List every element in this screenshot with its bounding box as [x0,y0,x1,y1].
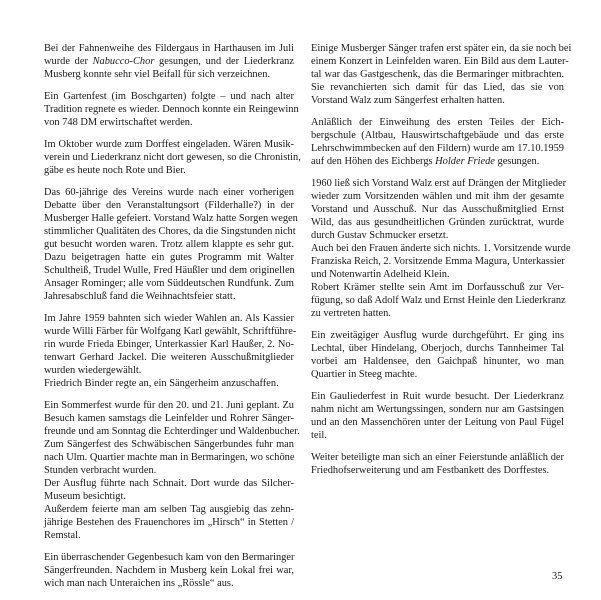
text-line: Lechtal, über Hindelang, Oberjoch, durch… [311,342,564,355]
paragraph-gap [44,81,294,90]
text-line: Tradition regnete es wieder. Dennoch kon… [44,103,294,116]
text-line: gut besucht worden waren. Trotz allem kl… [44,238,294,251]
text-line: Ein Gartenfest (im Boschgarten) folgte –… [44,90,294,103]
paragraph-gap [311,168,564,177]
text-line: zu vertreten hatten. [311,307,564,320]
text-line: durch Gustav Schmucker ersetzt. [311,229,564,242]
text-line: Auch bei den Frauen änderte sich nichts.… [311,242,564,255]
text-line: nahm nicht am Wertungssingen, sondern nu… [311,403,564,416]
text-line: von 748 DM erwirtschaftet werden. [44,116,294,129]
text-line: gäbe es heute noch Rote und Bier. [44,164,294,177]
text-line: Franziska Reich, 2. Vorsitzende Emma Mag… [311,255,564,268]
text-line: und an den Massenchören unter der Leitun… [311,416,564,429]
document-page: Bei der Fahnenweihe des Fildergaus in Ha… [0,0,601,600]
text-line: Friedhofserweiterung und am Festbankett … [311,464,564,477]
text-line: rin wurde Frieda Ebinger, Unterkassier K… [44,338,294,351]
paragraph: Ein Sommerfest wurde für den 20. und 21.… [44,399,294,477]
text-line: Musberger Halle gefeiert. Vorstand Walz … [44,212,294,225]
text-line: jährige Bestehen des Frauenchores im „Hi… [44,516,294,529]
text-line: und Notenwartin Adelheid Klein. [311,268,564,281]
text-line: Jahresabschluß fand die Weihnachtsfeier … [44,290,294,303]
paragraph: Außerdem feierte man am selben Tag ausgi… [44,503,294,542]
text-line: Dazu beigetragen hatte ein gutes Program… [44,251,294,264]
text-line: Weiter beteiligte man sich an einer Feie… [311,451,564,464]
text-line: Schultheiß, Trudel Wulle, Fred Häußler u… [44,264,294,277]
text-line: Wild, das aus gesundheitlichen Gründen z… [311,216,564,229]
text-line: wich man nach Unteraichen ins „Rössle“ a… [44,577,294,590]
right-column: Einige Musberger Sänger trafen erst spät… [311,42,564,477]
paragraph-gap [311,442,564,451]
text-line: Im Oktober wurde zum Dorffest eingeladen… [44,138,294,151]
left-column: Bei der Fahnenweihe des Fildergaus in Ha… [44,42,294,590]
text-line: Lehrschwimmbecken auf den Fildern) wurde… [311,142,564,155]
text-line: Zum Sängerfest des Schwäbischen Sängerbu… [44,438,294,451]
paragraph: Weiter beteiligte man sich an einer Feie… [311,451,564,477]
text-line: nach Ulm. Quartier machte man in Bermari… [44,451,294,464]
text-line: Ein Gauliederfest in Ruit wurde besucht.… [311,390,564,403]
paragraph-gap [44,390,294,399]
text-line: tenwart Gerhard Jackel. Die weiteren Aus… [44,351,294,364]
text-line: Ein Sommerfest wurde für den 20. und 21.… [44,399,294,412]
text-line: Ein zweitägiger Ausflug wurde durchgefüh… [311,329,564,342]
text-line: Sängerfreunden. Nachdem in Musberg kein … [44,564,294,577]
text-line: Der Ausflug führte nach Schnait. Dort wu… [44,477,294,490]
text-line: wieder zum Vorsitzenden wählen und mit i… [311,190,564,203]
page-number: 35 [552,571,562,582]
text-line: Friedrich Binder regte an, ein Sängerhei… [44,377,294,390]
paragraph-gap [311,320,564,329]
text-line: Das 60-jährige des Vereins wurde nach ei… [44,186,294,199]
text-line: einem Konzert in Leinfelden waren. Ein B… [311,55,564,68]
paragraph: Das 60-jährige des Vereins wurde nach ei… [44,186,294,303]
text-line: Robert Krämer stellte sein Amt im Dorfau… [311,281,564,294]
paragraph: Der Ausflug führte nach Schnait. Dort wu… [44,477,294,503]
text-line: verein und Liederkranz nicht dort gewese… [44,151,294,164]
text-line: stimmlicher Qualitäten des Chores, da di… [44,225,294,238]
paragraph-gap [44,542,294,551]
text-line: auf den Höhen des Eichbergs Holder Fried… [311,155,564,168]
paragraph: Bei der Fahnenweihe des Fildergaus in Ha… [44,42,294,81]
text-line: Debatte über den Veranstaltungsort (Fild… [44,199,294,212]
paragraph-gap [44,303,294,312]
paragraph: Im Oktober wurde zum Dorffest eingeladen… [44,138,294,177]
text-line: 1960 ließ sich Vorstand Walz erst auf Dr… [311,177,564,190]
paragraph: Auch bei den Frauen änderte sich nichts.… [311,242,564,281]
text-line: Im Jahre 1959 bahnten sich wieder Wahlen… [44,312,294,325]
text-line: tal war das Gastgeschenk, das die Bermar… [311,68,564,81]
paragraph: Einige Musberger Sänger trafen erst spät… [311,42,564,107]
paragraph: Friedrich Binder regte an, ein Sängerhei… [44,377,294,390]
text-line: Sie revanchierten sich damit für das Lie… [311,81,564,94]
text-line: Quartier in Steeg machte. [311,368,564,381]
paragraph: Ein überraschender Gegenbesuch kam von d… [44,551,294,590]
text-line: Ansager Rominger; alle vom Süddeutschen … [44,277,294,290]
text-line: bergschule (Altbau, Hauswirtschaftgebäud… [311,129,564,142]
text-line: Besuch kamen samstags die Leinfelder und… [44,412,294,425]
text-line: wurden wiedergewählt. [44,364,294,377]
text-line: freunde und am Sonntag die Echterdinger … [44,425,294,438]
text-line: Museum besichtigt. [44,490,294,503]
text-line: Einige Musberger Sänger trafen erst spät… [311,42,564,55]
text-line: fügung, so daß Adolf Walz und Ernst Hein… [311,294,564,307]
paragraph-gap [311,107,564,116]
paragraph: Im Jahre 1959 bahnten sich wieder Wahlen… [44,312,294,377]
text-line: wurde Willi Färber für Wolfgang Karl gew… [44,325,294,338]
paragraph-gap [44,129,294,138]
paragraph: Robert Krämer stellte sein Amt im Dorfau… [311,281,564,320]
text-line: Remstal. [44,529,294,542]
text-line: Außerdem feierte man am selben Tag ausgi… [44,503,294,516]
text-line: Anläßlich der Einweihung des ersten Teil… [311,116,564,129]
italic-title: Nabucco-Chor [93,56,155,67]
text-line: teil. [311,429,564,442]
paragraph: Ein Gauliederfest in Ruit wurde besucht.… [311,390,564,442]
paragraph: Anläßlich der Einweihung des ersten Teil… [311,116,564,168]
paragraph: Ein Gartenfest (im Boschgarten) folgte –… [44,90,294,129]
paragraph-gap [44,177,294,186]
paragraph: 1960 ließ sich Vorstand Walz erst auf Dr… [311,177,564,242]
text-line: Vorstand Walz zum Sängerfest erhalten ha… [311,94,564,107]
text-line: Bei der Fahnenweihe des Fildergaus in Ha… [44,42,294,55]
paragraph: Ein zweitägiger Ausflug wurde durchgefüh… [311,329,564,381]
text-line: Ein überraschender Gegenbesuch kam von d… [44,551,294,564]
text-line: Vorstand und Ausschuß. Nur das Ausschußm… [311,203,564,216]
italic-title: Holder Friede [435,156,495,167]
text-line: vorbei am Haldensee, den Gaichpaß hinunt… [311,355,564,368]
text-line: Stunden verbracht wurden. [44,464,294,477]
text-line: Musberg konnte sehr viel Beifall für sic… [44,68,294,81]
paragraph-gap [311,381,564,390]
text-line: wurde der Nabucco-Chor gesungen, und der… [44,55,294,68]
